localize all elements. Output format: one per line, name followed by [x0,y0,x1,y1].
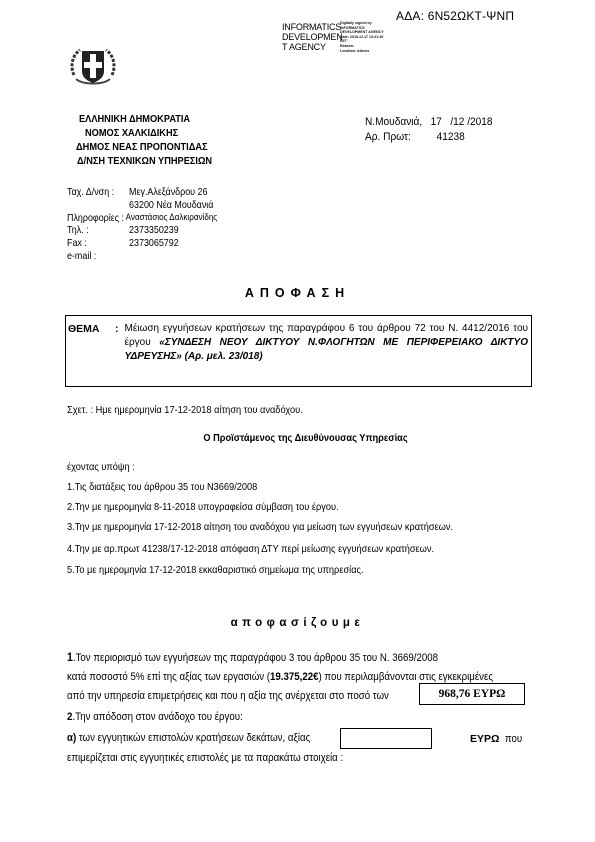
agency-line: INFORMATICS [282,22,343,32]
sub-item-label: α) [67,732,76,744]
document-meta: Ν.Μουδανιά, 17 /12 /2018 Αρ. Πρωτ: 41238 [365,115,493,145]
contact-value: Μεγ.Αλεξάνδρου 26 [129,186,207,199]
org-line-prefecture: ΝΟΜΟΣ ΧΑΛΚΙΔΙΚΗΣ [85,126,178,141]
signature-agency: INFORMATICS DEVELOPMEN T AGENCY [282,22,343,52]
considering-item: 1.Τις διατάξεις του άρθρου 35 του Ν3669/… [67,481,257,493]
point-text: κατά ποσοστό 5% επί της αξίας των εργασι… [67,671,270,683]
sub-item-tail: που [505,733,522,745]
subject-label: ΘΕΜΑ [68,322,115,364]
greek-coat-of-arms-icon [68,45,118,89]
date-year: /2018 [467,116,492,128]
protocol: Αρ. Πρωτ: 41238 [365,130,493,145]
protocol-label: Αρ. Πρωτ: [365,131,411,143]
contact-row-email: e-mail : [67,250,217,263]
decision-point-2-line-1: 2.Την απόδοση στον ανάδοχο του έργου: [67,711,243,723]
signature-line: Location: Athens [340,49,384,54]
point-text: .Τον περιορισμό των εγγυήσεων της παραγρ… [73,652,438,664]
decision-point-1-line-1: 1.Τον περιορισμό των εγγυήσεων της παραγ… [67,650,438,664]
org-line-department: Δ/ΝΣΗ ΤΕΧΝΙΚΩΝ ΥΠΗΡΕΣΙΩΝ [77,154,212,169]
digital-signature-details: Digitally signed by INFORMATICS DEVELOPM… [340,21,384,53]
org-line-municipality: ΔΗΜΟΣ ΝΕΑΣ ΠΡΟΠΟΝΤΙΔΑΣ [76,140,208,155]
ada-code: ΑΔΑ: 6Ν52ΩΚΤ-ΨΝΠ [396,9,514,23]
works-value: 19.375,22€ [270,671,318,683]
contact-row-phone: Τηλ. :2373350239 [67,224,217,237]
point-text: .Την απόδοση στον ανάδοχο του έργου: [72,711,242,723]
agency-line: T AGENCY [282,42,343,52]
contact-label: Ταχ. Δ/νση : [67,186,129,199]
contact-value: Αναστάσιος Δαλκιρανίδης [124,212,217,225]
decision-point-2-line-3: επιμερίζεται στις εγγυητικές επιστολές μ… [67,752,343,764]
org-line-republic: ΕΛΛΗΝΙΚΗ ΔΗΜΟΚΡΑΤΙΑ [79,112,190,127]
sub-item-text: των εγγυητικών επιστολών κρατήσεων δεκάτ… [76,732,310,744]
considering-item: 5.Το με ημερομηνία 17-12-2018 εκκαθαριστ… [67,564,364,576]
document-title: ΑΠΟΦΑΣΗ [0,286,595,300]
considering-item: 4.Την με αρ.πρωτ 41238/17-12-2018 απόφασ… [67,543,434,555]
place-label: Ν.Μουδανιά, [365,116,422,128]
date-month: /12 [450,116,464,128]
contact-row-info: Πληροφορίες :Αναστάσιος Δαλκιρανίδης [67,212,217,225]
contact-value: 2373350239 [129,224,179,237]
contact-label: Πληροφορίες : [67,212,124,225]
reference-line: Σχετ. : Ημε ημερομηνία 17-12-2018 αίτηση… [67,404,303,416]
contact-value: 63200 Νέα Μουδανιά [129,199,213,212]
contact-label: e-mail : [67,250,129,263]
considering-intro: έχοντας υπόψη : [67,461,135,473]
contact-label: Fax : [67,237,129,250]
subject-text: Μέιωση εγγυήσεων κρατήσεων της παραγράφο… [125,322,529,364]
decision-point-1-line-3: από την υπηρεσία επιμετρήσεις και που η … [67,690,389,702]
decision-point-1-line-2: κατά ποσοστό 5% επί της αξίας των εργασι… [67,671,493,683]
considering-item: 2.Την με ημερομηνία 8-11-2018 υπογραφείσ… [67,501,339,513]
place-date: Ν.Μουδανιά, 17 /12 /2018 [365,115,493,130]
contact-row-address: Ταχ. Δ/νση :Μεγ.Αλεξάνδρου 26 [67,186,217,199]
contact-label [67,199,129,212]
subject: ΘΕΜΑ : Μέιωση εγγυήσεων κρατήσεων της πα… [68,322,528,364]
contact-info: Ταχ. Δ/νση :Μεγ.Αλεξάνδρου 26 63200 Νέα … [67,186,217,263]
subject-project-title: «ΣΥΝΔΕΣΗ ΝΕΟΥ ΔΙΚΤΥΟΥ Ν.ΦΛΟΓΗΤΩΝ ΜΕ ΠΕΡΙ… [125,337,529,362]
protocol-number: 41238 [437,131,465,143]
contact-value: 2373065792 [129,237,179,250]
reduction-amount-box: 968,76 ΕΥΡΩ [419,683,525,705]
date-day: 17 [431,116,442,128]
guarantee-value-box [340,728,432,749]
contact-row-postal: 63200 Νέα Μουδανιά [67,199,217,212]
decision-heading: αποφασίζουμε [0,617,595,629]
currency-label: ΕΥΡΩ [470,733,499,745]
point-text: ) που περιλαμβάνονται στις εγκεκριμένες [318,671,493,683]
contact-label: Τηλ. : [67,224,129,237]
contact-row-fax: Fax :2373065792 [67,237,217,250]
considering-item: 3.Την με ημερομηνία 17-12-2018 αίτηση το… [67,521,453,533]
decision-point-2-sub-a: α) των εγγυητικών επιστολών κρατήσεων δε… [67,732,310,744]
agency-line: DEVELOPMEN [282,32,343,42]
authority-heading: Ο Προϊστάμενος της Διευθύνουσας Υπηρεσία… [44,432,568,444]
subject-colon: : [115,322,125,364]
